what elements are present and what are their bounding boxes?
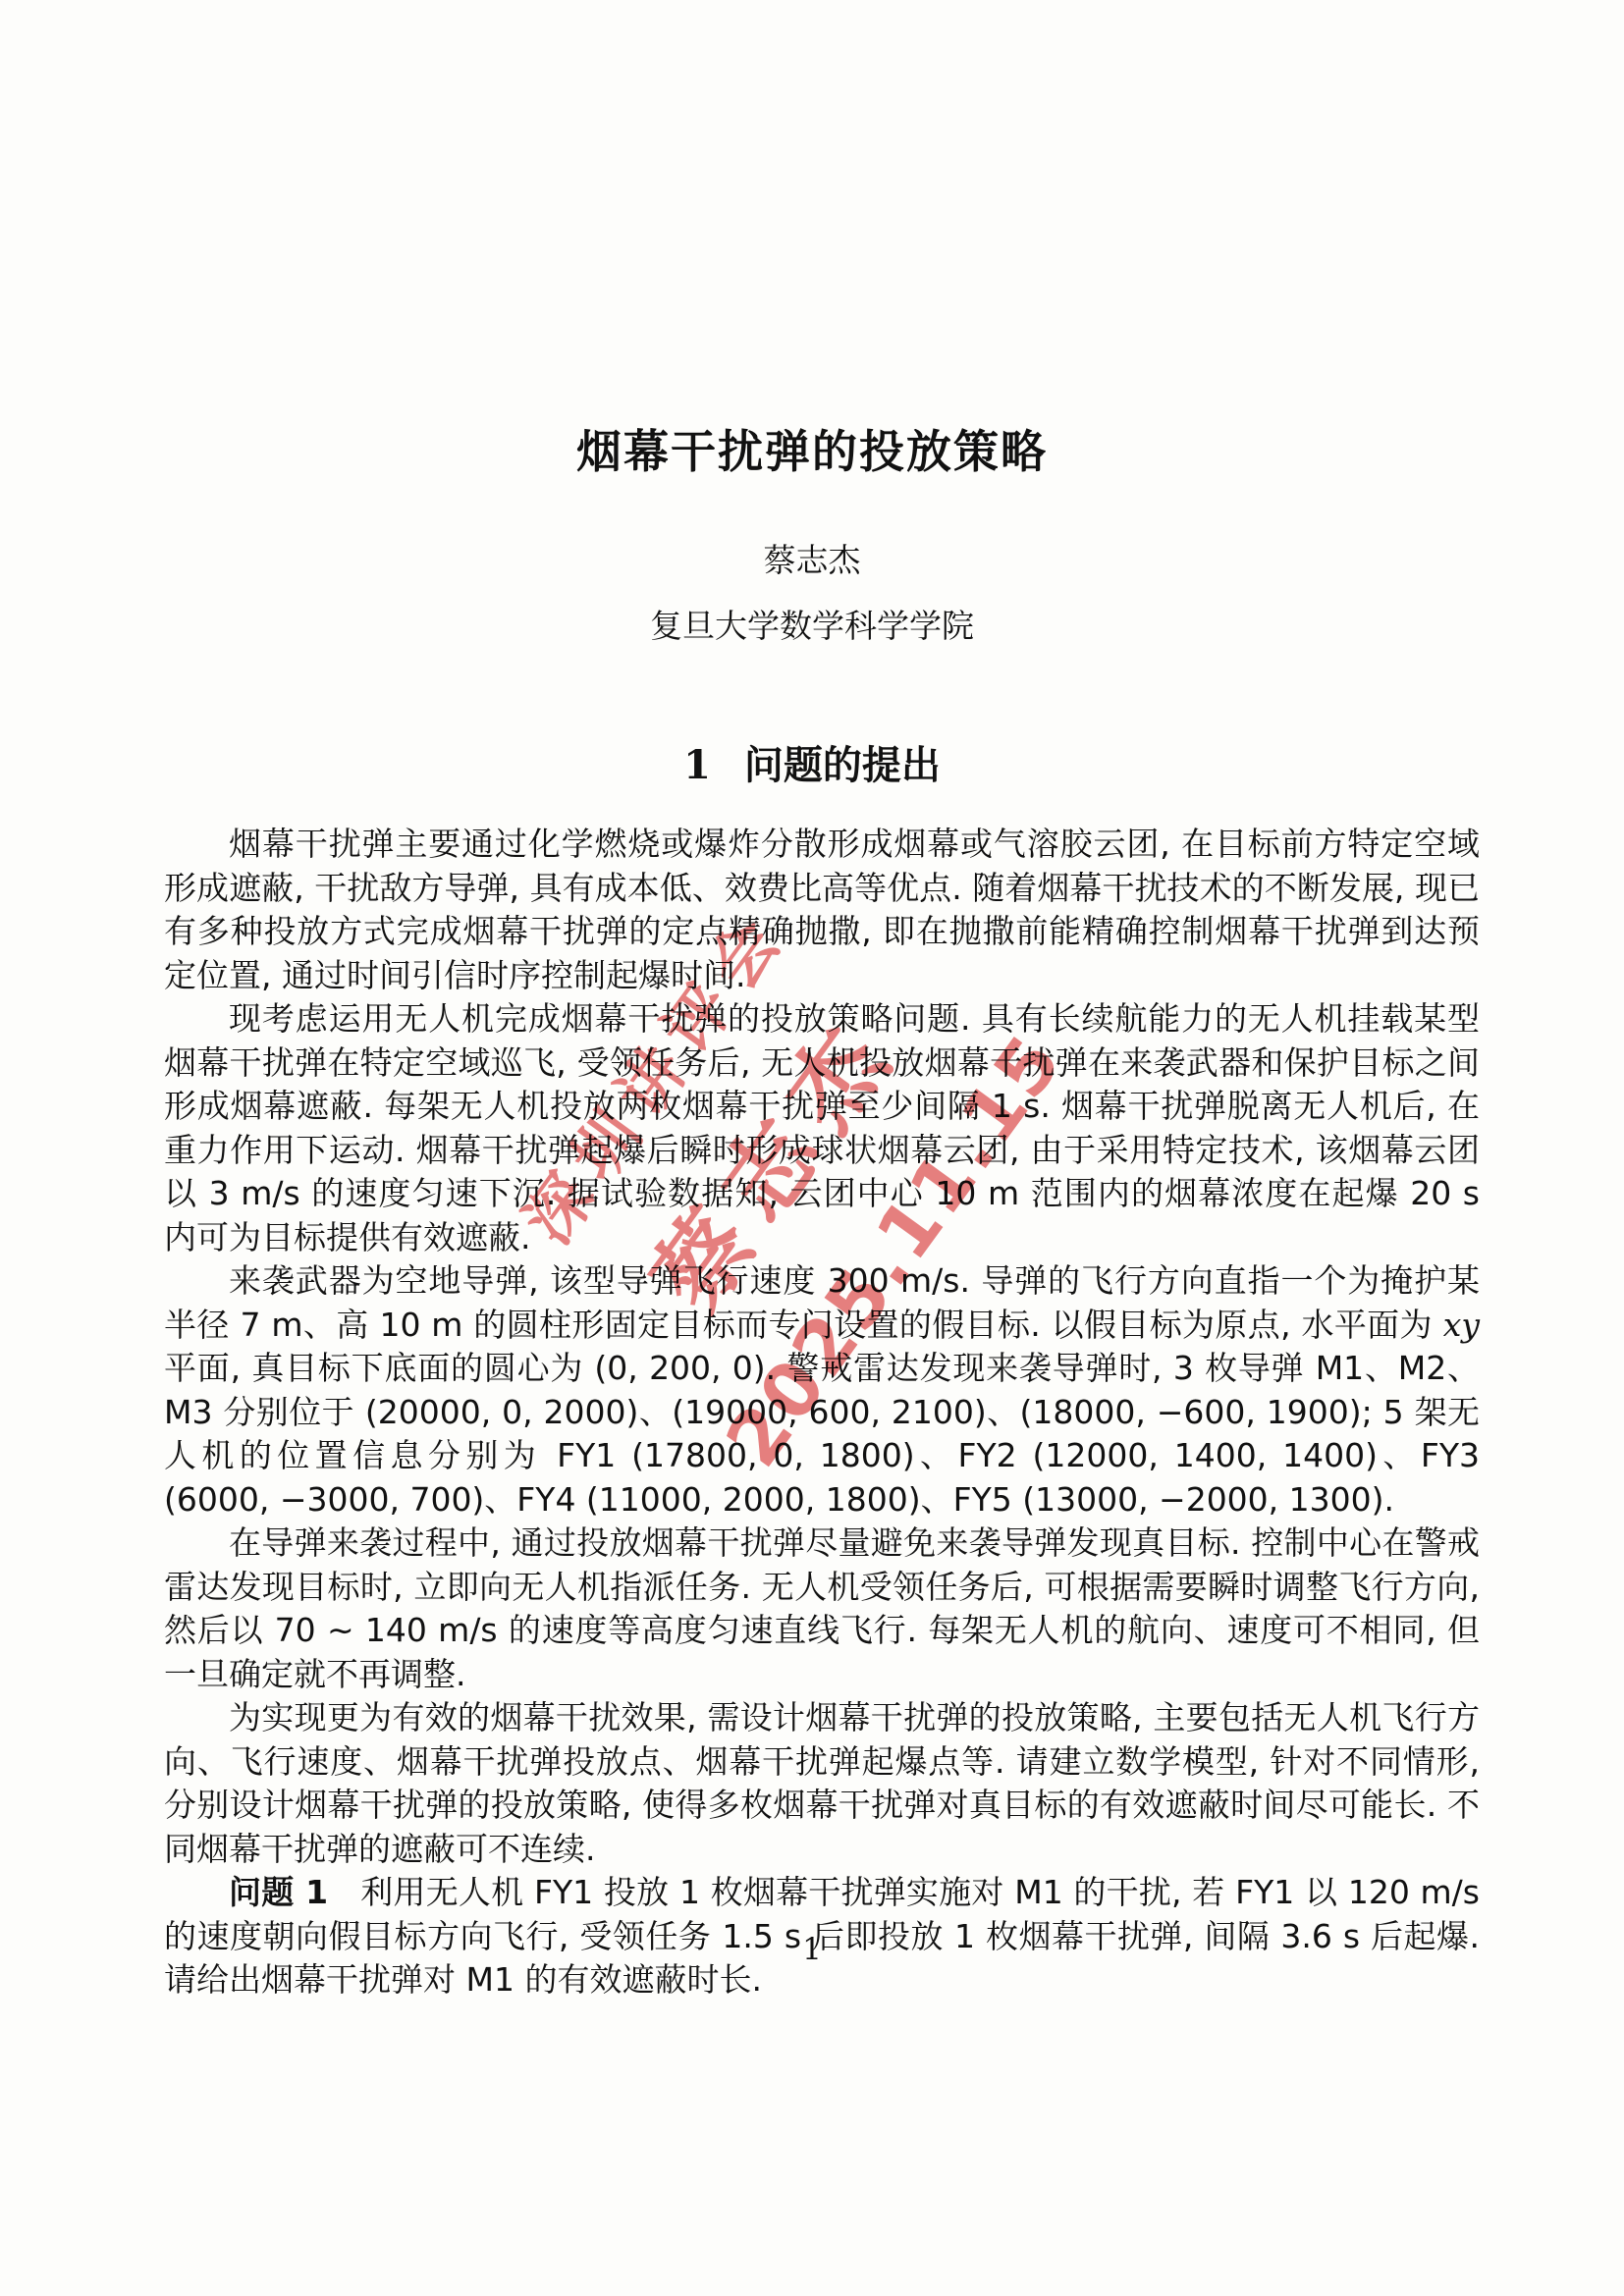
author-name: 蔡志杰 bbox=[0, 535, 1624, 581]
paragraph-bold-run: 问题 1 bbox=[229, 1873, 328, 1911]
paragraph: 烟幕干扰弹主要通过化学燃烧或爆炸分散形成烟幕或气溶胶云团, 在目标前方特定空域形… bbox=[164, 823, 1480, 997]
section-heading: 1问题的提出 bbox=[0, 734, 1624, 790]
document-body: 烟幕干扰弹主要通过化学燃烧或爆炸分散形成烟幕或气溶胶云团, 在目标前方特定空域形… bbox=[164, 823, 1480, 2002]
paragraph-run: 烟幕干扰弹主要通过化学燃烧或爆炸分散形成烟幕或气溶胶云团, 在目标前方特定空域形… bbox=[164, 825, 1480, 994]
section-number: 1 bbox=[683, 742, 711, 788]
paragraph-run: 现考虑运用无人机完成烟幕干扰弹的投放策略问题. 具有长续航能力的无人机挂载某型烟… bbox=[164, 999, 1480, 1256]
paragraph-run: 来袭武器为空地导弹, 该型导弹飞行速度 300 m/s. 导弹的飞行方向直指一个… bbox=[164, 1261, 1480, 1344]
paragraph: 来袭武器为空地导弹, 该型导弹飞行速度 300 m/s. 导弹的飞行方向直指一个… bbox=[164, 1259, 1480, 1522]
paragraph: 现考虑运用无人机完成烟幕干扰弹的投放策略问题. 具有长续航能力的无人机挂载某型烟… bbox=[164, 997, 1480, 1259]
paragraph: 为实现更为有效的烟幕干扰效果, 需设计烟幕干扰弹的投放策略, 主要包括无人机飞行… bbox=[164, 1696, 1480, 1871]
paragraph-run: 在导弹来袭过程中, 通过投放烟幕干扰弹尽量避免来袭导弹发现真目标. 控制中心在警… bbox=[164, 1523, 1480, 1693]
paragraph-run: 平面, 真目标下底面的圆心为 (0, 200, 0). 警戒雷达发现来袭导弹时,… bbox=[164, 1349, 1480, 1519]
math-run: xy bbox=[1443, 1306, 1480, 1344]
section-title: 问题的提出 bbox=[744, 743, 941, 788]
affiliation: 复旦大学数学科学学院 bbox=[0, 601, 1624, 647]
page-number: 1 bbox=[0, 1932, 1624, 1967]
paragraph: 在导弹来袭过程中, 通过投放烟幕干扰弹尽量避免来袭导弹发现真目标. 控制中心在警… bbox=[164, 1522, 1480, 1696]
page-title: 烟幕干扰弹的投放策略 bbox=[0, 416, 1624, 481]
paragraph-run: 为实现更为有效的烟幕干扰效果, 需设计烟幕干扰弹的投放策略, 主要包括无人机飞行… bbox=[164, 1698, 1480, 1868]
